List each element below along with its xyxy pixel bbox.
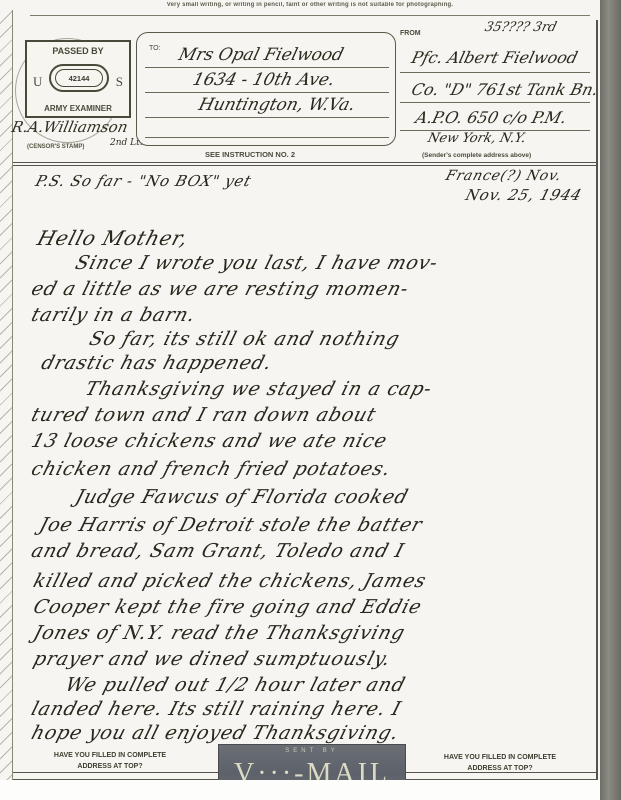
letter-line: Judge Fawcus of Florida cooked: [73, 486, 411, 508]
letter-line: Joe Harris of Detroit stole the batter: [37, 514, 425, 536]
address-check-prompt-left: HAVE YOU FILLED IN COMPLETE ADDRESS AT T…: [30, 750, 190, 772]
address-line: [145, 117, 389, 118]
address-line: [400, 102, 590, 103]
header-divider: [13, 162, 596, 163]
header-divider: [13, 165, 596, 166]
prompt-line: HAVE YOU FILLED IN COMPLETE: [30, 750, 190, 761]
letter-line: tured town and I ran down about: [29, 404, 379, 426]
sender-apo: A.P.O. 650 c/o P.M.: [414, 108, 569, 127]
examiner-number: 42144: [55, 69, 103, 87]
recipient-street: 1634 - 10th Ave.: [191, 70, 337, 90]
letter-line: So far, its still ok and nothing: [87, 328, 403, 350]
address-line: [145, 137, 389, 138]
letter-line: We pulled out 1/2 hour later and: [63, 674, 408, 696]
see-instruction-label: SEE INSTRUCTION NO. 2: [205, 150, 295, 159]
recipient-city: Huntington, W.Va.: [197, 95, 358, 115]
prompt-line: ADDRESS AT TOP?: [30, 761, 190, 772]
letter-date: Nov. 25, 1944: [463, 186, 584, 204]
sender-name: Pfc. Albert Fielwood: [410, 48, 580, 67]
address-line: [145, 67, 389, 68]
recipient-address-box: TO: Mrs Opal Fielwood 1634 - 10th Ave. H…: [136, 32, 396, 146]
censor-stamp-label: (CENSOR'S STAMP): [27, 144, 84, 150]
censor-signature: R.A.Williamson: [10, 118, 129, 136]
letter-line: killed and picked the chickens, James: [31, 570, 429, 592]
letter-line: landed here. Its still raining here. I: [29, 698, 404, 720]
address-check-prompt-right: HAVE YOU FILLED IN COMPLETE ADDRESS AT T…: [410, 752, 590, 774]
stamp-letter-u: U: [33, 74, 42, 90]
prompt-line: ADDRESS AT TOP?: [410, 763, 590, 774]
letter-line: Cooper kept the fire going and Eddie: [31, 596, 425, 618]
from-label: FROM: [400, 30, 421, 37]
stamp-header: PASSED BY: [27, 46, 129, 56]
right-frame-band: [600, 0, 621, 800]
postscript: P.S. So far - "No BOX" yet: [33, 172, 253, 190]
letter-place: France(?) Nov.: [444, 168, 564, 184]
letter-line: Jones of N.Y. read the Thanksgiving: [31, 622, 408, 644]
address-line: [145, 92, 389, 93]
salutation: Hello Mother,: [35, 226, 192, 250]
bottom-white-strip: [0, 780, 600, 800]
stamp-letter-s: S: [116, 74, 123, 90]
letter-line: prayer and we dined sumptuously.: [31, 648, 394, 670]
sender-address-label: (Sender's complete address above): [422, 152, 531, 159]
sender-serial-number: 35???? 3rd: [483, 20, 558, 35]
letter-line: drastic has happened.: [39, 352, 275, 374]
address-line: [400, 72, 590, 73]
letter-line: Thanksgiving we stayed in a cap-: [83, 378, 435, 400]
stamp-oval: 42144: [49, 64, 109, 92]
right-border-rule: [596, 20, 598, 780]
to-label: TO:: [149, 45, 161, 52]
vmail-sent-by: SENT BY: [219, 748, 405, 754]
stamp-footer: ARMY EXAMINER: [27, 104, 129, 113]
letter-line: and bread, Sam Grant, Toledo and I: [29, 540, 407, 562]
letter-line: tarily in a barn.: [29, 304, 198, 326]
letter-line: ed a little as we are resting momen-: [29, 278, 412, 300]
letter-line: chicken and french fried potatoes.: [29, 458, 394, 480]
sender-city: New York, N.Y.: [426, 131, 527, 146]
letter-line: Since I wrote you last, I have mov-: [73, 252, 441, 274]
letter-line: 13 loose chickens and we ate nice: [29, 430, 390, 452]
sender-unit: Co. "D" 761st Tank Bn.: [410, 80, 601, 99]
letter-line: hope you all enjoyed Thanksgiving.: [29, 722, 402, 744]
prompt-line: HAVE YOU FILLED IN COMPLETE: [410, 752, 590, 763]
censor-stamp: PASSED BY U 42144 S ARMY EXAMINER: [25, 40, 131, 118]
vmail-letter-sheet: Very small writing, or writing in pencil…: [0, 0, 621, 800]
photographing-notice: Very small writing, or writing in pencil…: [30, 2, 590, 16]
recipient-name: Mrs Opal Fielwood: [177, 45, 346, 65]
left-hatched-margin: [0, 10, 12, 780]
